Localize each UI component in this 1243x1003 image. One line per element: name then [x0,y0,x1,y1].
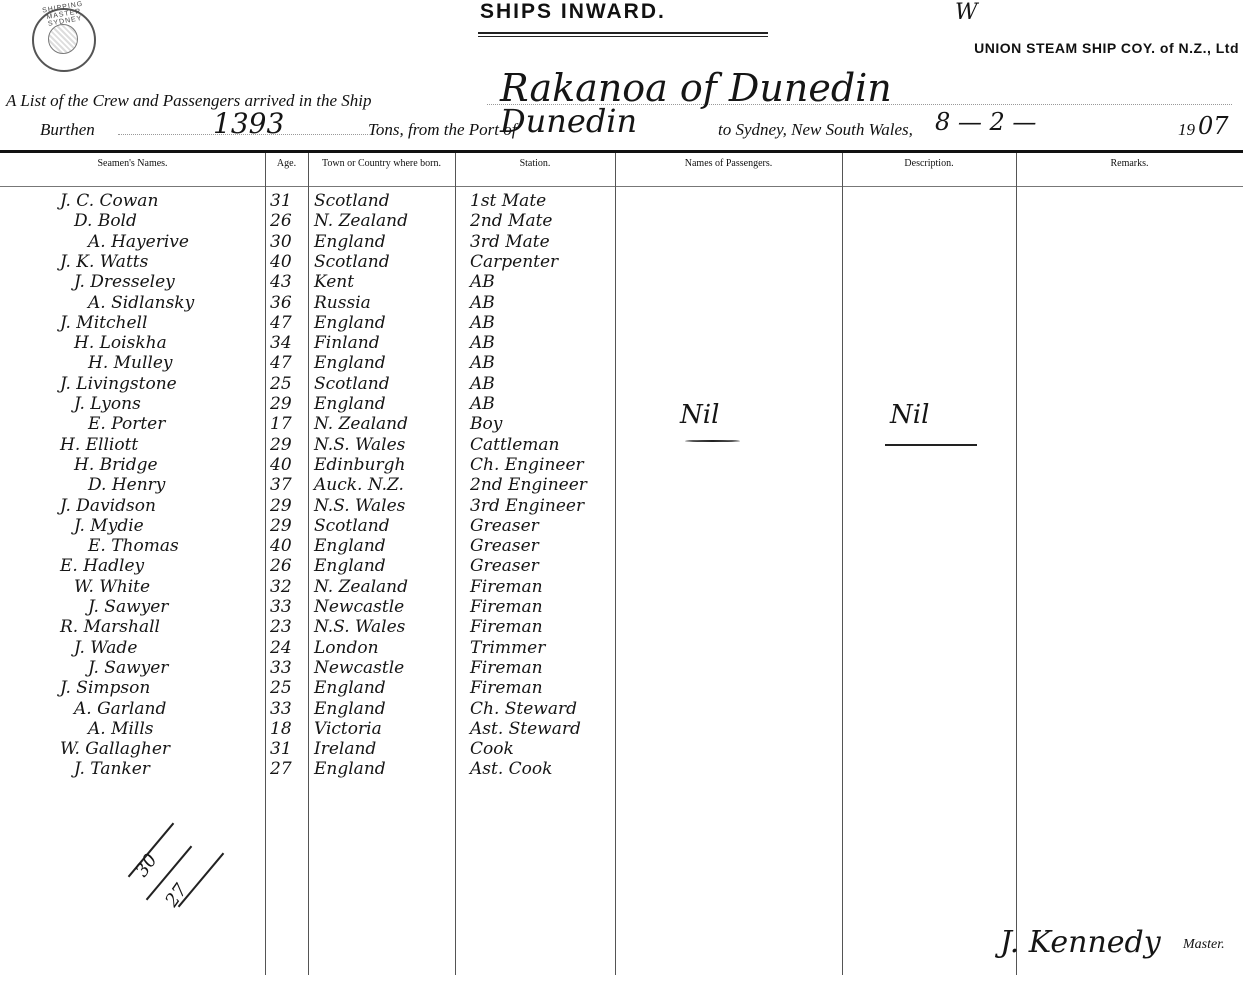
destination-label: to Sydney, New South Wales, [718,120,913,140]
stamp-crest-icon [48,24,78,54]
crew-age: 26 [270,210,292,232]
crew-age: 47 [270,352,292,374]
crew-station: Greaser [470,555,539,577]
crew-name: J. Sawyer [88,596,168,618]
crew-name: J. Sawyer [88,657,168,679]
crew-name: R. Marshall [60,616,160,638]
crew-station: AB [470,393,495,415]
corner-annotation: W [955,0,978,25]
crew-birthplace: Scotland [314,373,390,395]
crew-station: Fireman [470,596,543,618]
crew-age: 43 [270,271,292,293]
crew-station: Ch. Steward [470,698,577,720]
column-header-station: Station. [455,158,615,169]
crew-name: J. Tanker [74,758,150,780]
crew-age: 29 [270,393,292,415]
title-rule [478,36,768,37]
crew-station: AB [470,271,495,293]
crew-name: W. Gallagher [60,738,170,760]
crew-birthplace: N.S. Wales [314,495,405,517]
crew-station: Trimmer [470,637,545,659]
from-port: Dunedin [500,102,637,140]
column-divider [615,153,616,975]
crew-station: 2nd Mate [470,210,553,232]
master-label: Master. [1183,937,1225,953]
page-title: SHIPS INWARD. [480,0,666,24]
crew-station: Fireman [470,576,543,598]
table-top-rule [0,150,1243,153]
year-prefix: 19 [1178,120,1195,140]
crew-station: AB [470,332,495,354]
nil-underline [685,440,740,442]
crew-birthplace: Newcastle [314,657,404,679]
crew-birthplace: England [314,352,386,374]
crew-birthplace: England [314,677,386,699]
crew-station: Cattleman [470,434,560,456]
crew-age: 33 [270,596,292,618]
crew-station: Boy [470,413,502,435]
crew-birthplace: N.S. Wales [314,616,405,638]
crew-name: E. Hadley [60,555,144,577]
crew-station: Ch. Engineer [470,454,584,476]
crew-name: H. Loiskha [74,332,167,354]
crew-age: 31 [270,738,292,760]
crew-name: H. Bridge [74,454,158,476]
crew-birthplace: Scotland [314,515,390,537]
crew-birthplace: Scotland [314,190,390,212]
crew-name: H. Mulley [88,352,173,374]
crew-birthplace: Finland [314,332,380,354]
crew-birthplace: Victoria [314,718,382,740]
column-divider [265,153,266,975]
column-divider [1016,153,1017,975]
crew-birthplace: England [314,758,386,780]
crew-station: 3rd Engineer [470,495,584,517]
tally-count-bottom: 27 [161,880,191,911]
crew-birthplace: N. Zealand [314,210,408,232]
crew-name: J. Mitchell [60,312,147,334]
crew-birthplace: N.S. Wales [314,434,405,456]
crew-age: 27 [270,758,292,780]
column-divider [842,153,843,975]
column-header-passengers: Names of Passengers. [615,158,842,169]
crew-name: A. Hayerive [88,231,189,253]
crew-station: AB [470,352,495,374]
crew-birthplace: England [314,312,386,334]
crew-name: J. C. Cowan [60,190,158,212]
crew-age: 33 [270,698,292,720]
crew-age: 36 [270,292,292,314]
column-header-remarks: Remarks. [1016,158,1243,169]
crew-birthplace: England [314,231,386,253]
column-divider [455,153,456,975]
crew-birthplace: Auck. N.Z. [314,474,404,496]
crew-station: 2nd Engineer [470,474,587,496]
crew-station: Ast. Steward [470,718,581,740]
crew-name: A. Garland [74,698,166,720]
crew-age: 25 [270,373,292,395]
crew-age: 23 [270,616,292,638]
crew-birthplace: England [314,393,386,415]
crew-age: 29 [270,515,292,537]
crew-age: 25 [270,677,292,699]
tally-count-top: 30 [131,850,161,881]
crew-station: 1st Mate [470,190,546,212]
crew-name: J. Mydie [74,515,144,537]
crew-birthplace: Newcastle [314,596,404,618]
crew-age: 37 [270,474,292,496]
crew-name: J. Livingstone [60,373,177,395]
column-divider [308,153,309,975]
crew-station: Greaser [470,535,539,557]
crew-name: E. Porter [88,413,165,435]
column-header-age: Age. [265,158,308,169]
crew-birthplace: Edinburgh [314,454,405,476]
crew-age: 17 [270,413,292,435]
crew-name: J. K. Watts [60,251,148,273]
crew-station: Greaser [470,515,539,537]
crew-birthplace: Ireland [314,738,376,760]
crew-age: 40 [270,251,292,273]
burthen-tons: 1393 [213,107,284,140]
crew-age: 32 [270,576,292,598]
column-header-description: Description. [842,158,1016,169]
crew-birthplace: Scotland [314,251,390,273]
crew-station: Fireman [470,677,543,699]
crew-birthplace: Russia [314,292,371,314]
crew-name: A. Sidlansky [88,292,194,314]
burthen-label: Burthen [40,120,95,140]
tons-label: Tons, from the Port of [368,120,516,140]
crew-station: Ast. Cook [470,758,552,780]
crew-birthplace: Kent [314,271,354,293]
crew-name: J. Dresseley [74,271,175,293]
crew-birthplace: London [314,637,379,659]
crew-name: H. Elliott [60,434,138,456]
crew-birthplace: N. Zealand [314,576,408,598]
crew-age: 18 [270,718,292,740]
crew-age: 24 [270,637,292,659]
crew-station: Cook [470,738,514,760]
crew-age: 33 [270,657,292,679]
crew-age: 34 [270,332,292,354]
crew-station: Fireman [470,657,543,679]
crew-name: J. Simpson [60,677,150,699]
company-name: UNION STEAM SHIP COY. of N.Z., Ltd [974,40,1239,56]
crew-age: 40 [270,535,292,557]
crew-birthplace: England [314,698,386,720]
crew-station: 3rd Mate [470,231,550,253]
crew-station: Carpenter [470,251,558,273]
crew-name: J. Davidson [60,495,156,517]
crew-birthplace: England [314,535,386,557]
description-nil: Nil [890,400,929,430]
crew-birthplace: N. Zealand [314,413,408,435]
column-header-seamen-names: Seamen's Names. [0,158,265,169]
crew-name: D. Henry [88,474,165,496]
ship-label: A List of the Crew and Passengers arrive… [6,91,372,111]
title-rule [478,32,768,34]
crew-name: D. Bold [74,210,137,232]
crew-age: 47 [270,312,292,334]
crew-name: A. Mills [88,718,154,740]
crew-station: Fireman [470,616,543,638]
crew-age: 29 [270,495,292,517]
crew-age: 40 [270,454,292,476]
crew-name: W. White [74,576,150,598]
crew-name: E. Thomas [88,535,179,557]
passengers-nil: Nil [680,400,719,430]
arrival-date: 8 — 2 — [935,108,1036,136]
crew-age: 31 [270,190,292,212]
crew-station: AB [470,292,495,314]
crew-age: 26 [270,555,292,577]
column-header-birthplace: Town or Country where born. [308,158,455,169]
crew-age: 30 [270,231,292,253]
table-header-rule [0,186,1243,187]
crew-birthplace: England [314,555,386,577]
master-signature: J. Kennedy [1000,925,1161,960]
crew-name: J. Wade [74,637,137,659]
nil-underline [885,444,977,446]
crew-age: 29 [270,434,292,456]
year-handwritten: 07 [1198,112,1229,140]
crew-name: J. Lyons [74,393,141,415]
crew-station: AB [470,312,495,334]
crew-station: AB [470,373,495,395]
